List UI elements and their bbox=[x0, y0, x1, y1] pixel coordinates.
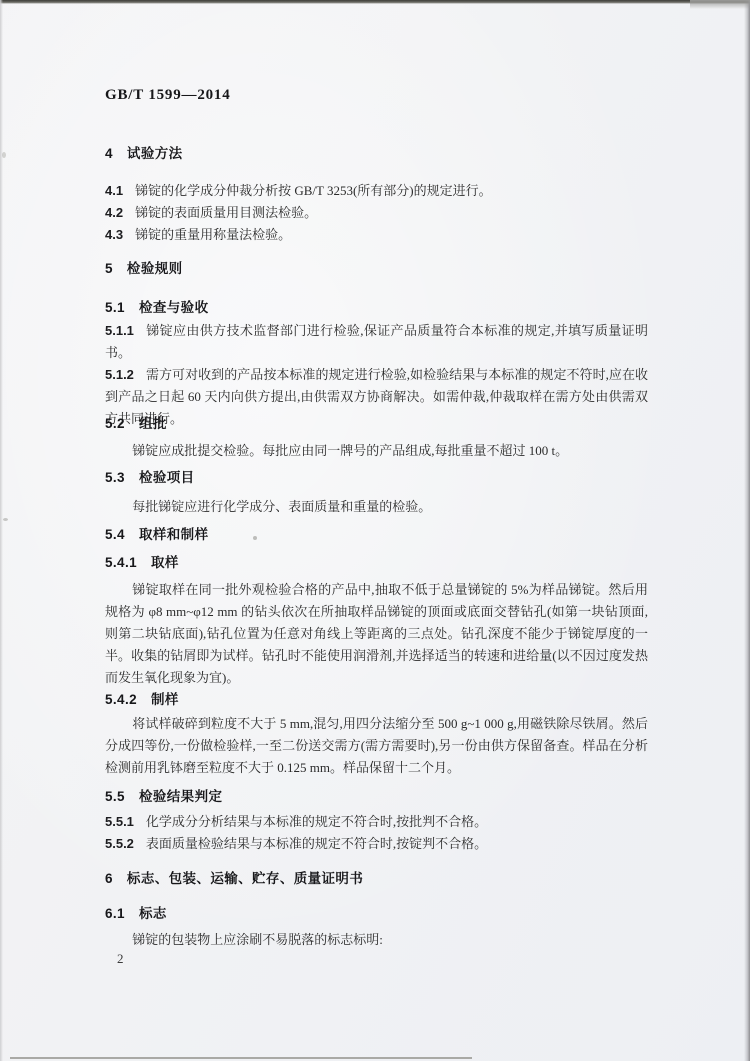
subsection-title: 取样和制样 bbox=[139, 527, 209, 542]
section-4-heading: 4试验方法 bbox=[105, 143, 648, 165]
subsection-5-4-2-body: 将试样破碎到粒度不大于 5 mm,混匀,用四分法缩分至 500 g~1 000 … bbox=[105, 713, 648, 779]
section-4-clauses: 4.1锑锭的化学成分仲裁分析按 GB/T 3253(所有部分)的规定进行。 4.… bbox=[105, 180, 648, 246]
subsection-title: 检查与验收 bbox=[139, 300, 209, 315]
subsection-5-2-heading: 5.2组批 bbox=[105, 413, 648, 435]
subsection-5-4-heading: 5.4取样和制样 bbox=[105, 524, 648, 546]
subsection-title: 取样 bbox=[151, 555, 179, 570]
scan-edge-top bbox=[0, 0, 750, 4]
clause-number: 4.3 bbox=[105, 227, 135, 242]
section-number: 6 bbox=[105, 871, 127, 886]
subsection-6-1-body: 锑锭的包装物上应涂刷不易脱落的标志标明: bbox=[105, 929, 648, 951]
section-6-heading: 6标志、包装、运输、贮存、质量证明书 bbox=[105, 868, 648, 890]
subsection-5-2-body: 锑锭应成批提交检验。每批应由同一牌号的产品组成,每批重量不超过 100 t。 bbox=[105, 440, 648, 462]
scanned-document-page: GB/T 1599—2014 4试验方法 4.1锑锭的化学成分仲裁分析按 GB/… bbox=[0, 0, 750, 1061]
standard-code: GB/T 1599—2014 bbox=[105, 87, 231, 103]
clause-number: 4.2 bbox=[105, 205, 135, 220]
section-number: 5 bbox=[105, 261, 127, 276]
scan-artifact bbox=[2, 152, 6, 158]
clause-number: 4.1 bbox=[105, 183, 135, 198]
subsection-title: 组批 bbox=[139, 416, 167, 431]
section-title: 试验方法 bbox=[127, 146, 183, 161]
section-title: 标志、包装、运输、贮存、质量证明书 bbox=[127, 871, 363, 886]
paragraph: 将试样破碎到粒度不大于 5 mm,混匀,用四分法缩分至 500 g~1 000 … bbox=[105, 713, 648, 779]
subsection-5-4-1-body: 锑锭取样在同一批外观检验合格的产品中,抽取不低于总量锑锭的 5%为样品锑锭。然后… bbox=[105, 579, 648, 689]
clause-4-3: 4.3锑锭的重量用称量法检验。 bbox=[105, 224, 648, 246]
clause-4-1: 4.1锑锭的化学成分仲裁分析按 GB/T 3253(所有部分)的规定进行。 bbox=[105, 180, 648, 202]
section-title: 检验规则 bbox=[127, 261, 183, 276]
subsection-title: 制样 bbox=[151, 692, 179, 707]
subsection-number: 5.3 bbox=[105, 470, 139, 485]
standard-code-header: GB/T 1599—2014 bbox=[105, 84, 648, 106]
clause-number: 5.5.2 bbox=[105, 836, 146, 851]
clause-number: 5.1.2 bbox=[105, 367, 146, 382]
subsection-number: 5.4 bbox=[105, 527, 139, 542]
subsection-5-5-clauses: 5.5.1化学成分分析结果与本标准的规定不符合时,按批判不合格。 5.5.2表面… bbox=[105, 811, 648, 855]
subsection-5-1-heading: 5.1检查与验收 bbox=[105, 297, 648, 319]
subsection-number: 5.4.2 bbox=[105, 692, 151, 707]
scan-edge-right bbox=[744, 0, 750, 1061]
scan-corner-shadow bbox=[690, 0, 750, 9]
subsection-title: 检验项目 bbox=[139, 470, 195, 485]
subsection-5-3-body: 每批锑锭应进行化学成分、表面质量和重量的检验。 bbox=[105, 496, 648, 518]
subsection-number: 5.4.1 bbox=[105, 555, 151, 570]
clause-4-2: 4.2锑锭的表面质量用目测法检验。 bbox=[105, 202, 648, 224]
scan-artifact bbox=[3, 518, 8, 521]
subsection-number: 5.5 bbox=[105, 789, 139, 804]
subsection-5-5-heading: 5.5检验结果判定 bbox=[105, 786, 648, 808]
clause-5-5-1: 5.5.1化学成分分析结果与本标准的规定不符合时,按批判不合格。 bbox=[105, 811, 648, 833]
subsection-number: 6.1 bbox=[105, 906, 139, 921]
page-number: 2 bbox=[117, 948, 124, 970]
scan-edge-left bbox=[0, 0, 3, 1061]
subsection-title: 标志 bbox=[139, 906, 167, 921]
clause-text: 表面质量检验结果与本标准的规定不符合时,按锭判不合格。 bbox=[146, 836, 487, 851]
clause-text: 化学成分分析结果与本标准的规定不符合时,按批判不合格。 bbox=[146, 814, 487, 829]
scan-edge-bottom bbox=[10, 1057, 472, 1059]
clause-5-1-1: 5.1.1锑锭应由供方技术监督部门进行检验,保证产品质量符合本标准的规定,并填写… bbox=[105, 320, 648, 364]
subsection-5-4-1-heading: 5.4.1取样 bbox=[105, 552, 648, 574]
clause-text: 锑锭的重量用称量法检验。 bbox=[135, 227, 291, 242]
subsection-5-3-heading: 5.3检验项目 bbox=[105, 467, 648, 489]
paragraph: 锑锭的包装物上应涂刷不易脱落的标志标明: bbox=[105, 929, 648, 951]
paragraph: 锑锭应成批提交检验。每批应由同一牌号的产品组成,每批重量不超过 100 t。 bbox=[105, 440, 648, 462]
subsection-number: 5.1 bbox=[105, 300, 139, 315]
paragraph: 锑锭取样在同一批外观检验合格的产品中,抽取不低于总量锑锭的 5%为样品锑锭。然后… bbox=[105, 579, 648, 689]
subsection-5-4-2-heading: 5.4.2制样 bbox=[105, 689, 648, 711]
paragraph: 每批锑锭应进行化学成分、表面质量和重量的检验。 bbox=[105, 496, 648, 518]
section-5-heading: 5检验规则 bbox=[105, 258, 648, 280]
clause-5-5-2: 5.5.2表面质量检验结果与本标准的规定不符合时,按锭判不合格。 bbox=[105, 833, 648, 855]
clause-text: 锑锭的化学成分仲裁分析按 GB/T 3253(所有部分)的规定进行。 bbox=[135, 183, 492, 198]
clause-text: 锑锭的表面质量用目测法检验。 bbox=[135, 205, 317, 220]
clause-number: 5.5.1 bbox=[105, 814, 146, 829]
subsection-6-1-heading: 6.1标志 bbox=[105, 903, 648, 925]
section-number: 4 bbox=[105, 146, 127, 161]
clause-number: 5.1.1 bbox=[105, 323, 146, 338]
subsection-number: 5.2 bbox=[105, 416, 139, 431]
clause-text: 锑锭应由供方技术监督部门进行检验,保证产品质量符合本标准的规定,并填写质量证明书… bbox=[105, 323, 648, 360]
subsection-title: 检验结果判定 bbox=[139, 789, 222, 804]
